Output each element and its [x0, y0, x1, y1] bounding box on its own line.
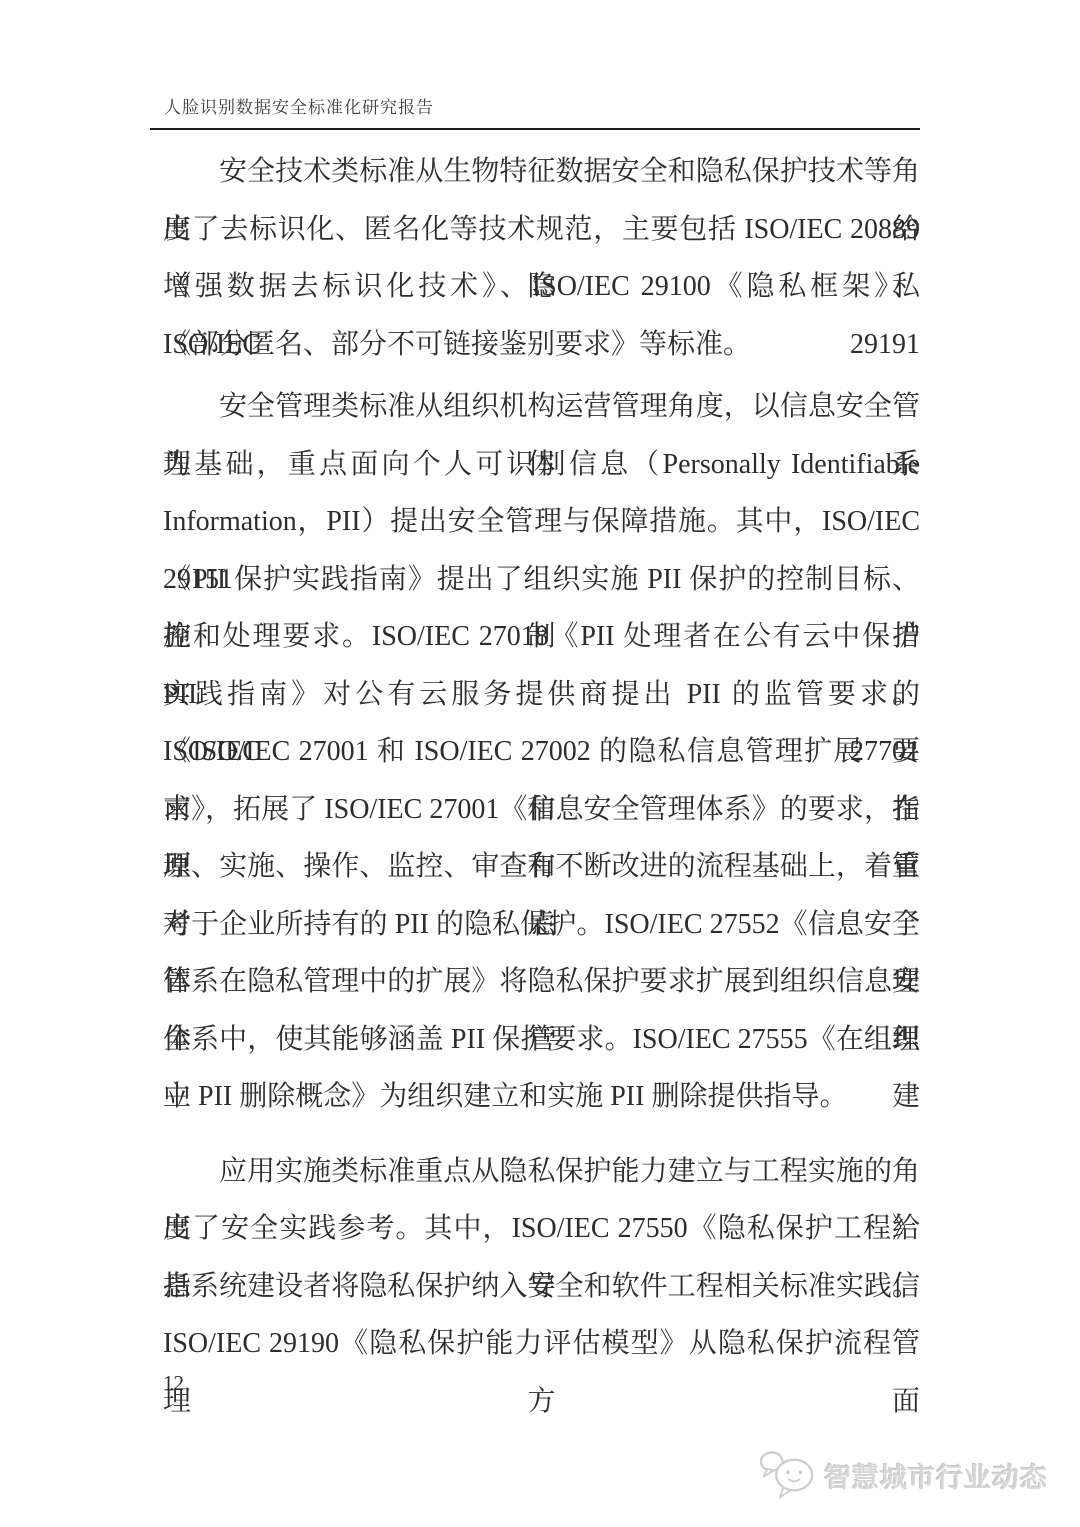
text-line: 实践指南》对公有云服务提供商提出 PII 的监管要求。ISO/IEC 27701 [163, 666, 920, 724]
text-line: 《ISO/IEC 27001 和 ISO/IEC 27002 的隐私信息管理扩展… [163, 723, 920, 781]
text-line: 增强数据去标识化技术》、ISO/IEC 29100《隐私框架》、ISO/IEC … [163, 258, 920, 316]
text-line: 南》，拓展了 ISO/IEC 27001《信息安全管理体系》的要求，在原有管 [163, 781, 920, 839]
text-line: 体系中，使其能够涵盖 PII 保护要求。ISO/IEC 27555《在组织中建 [163, 1011, 920, 1069]
text-line: 安全技术类标准从生物特征数据安全和隐私保护技术等角度给 [163, 143, 920, 201]
watermark-text: 智慧城市行业动态 [824, 1456, 1048, 1495]
watermark: 智慧城市行业动态 [758, 1448, 1048, 1502]
text-line: Information，PII）提出安全管理与保障措施。其中，ISO/IEC 2… [163, 493, 920, 551]
document-page: 人脸识别数据安全标准化研究报告 安全技术类标准从生物特征数据安全和隐私保护技术等… [0, 0, 1080, 1527]
wechat-logo-icon [758, 1448, 816, 1502]
running-header-title: 人脸识别数据安全标准化研究报告 [164, 93, 434, 118]
text-line: 理、实施、操作、监控、审查和不断改进的流程基础上，着重考虑了 [163, 838, 920, 896]
text-line: 对于企业所持有的 PII 的隐私保护。ISO/IEC 27552《信息安全管理 [163, 896, 920, 954]
text-line: 施和处理要求。ISO/IEC 27018《PII 处理者在公有云中保护 PII … [163, 608, 920, 666]
text-line: 出了安全实践参考。其中，ISO/IEC 27550《隐私保护工程》指导信 [163, 1200, 920, 1258]
paragraph: 应用实施类标准重点从隐私保护能力建立与工程实施的角度给出了安全实践参考。其中，I… [163, 1143, 920, 1373]
text-line: 息系统建设者将隐私保护纳入安全和软件工程相关标准实践。 [163, 1258, 920, 1316]
text-line: ISO/IEC 29190《隐私保护能力评估模型》从隐私保护流程管理方面 [163, 1315, 920, 1373]
header-rule [150, 128, 920, 130]
text-line: 应用实施类标准重点从隐私保护能力建立与工程实施的角度给 [163, 1143, 920, 1201]
paragraph: 安全管理类标准从组织机构运营管理角度，以信息安全管理体系为基础，重点面向个人可识… [163, 378, 920, 1126]
document-body: 安全技术类标准从生物特征数据安全和隐私保护技术等角度给出了去标识化、匿名化等技术… [163, 143, 920, 1373]
text-line: 为基础，重点面向个人可识别信息（Personally Identifiable [163, 436, 920, 494]
text-line: 体系在隐私管理中的扩展》将隐私保护要求扩展到组织信息安全管理 [163, 953, 920, 1011]
paragraph: 安全技术类标准从生物特征数据安全和隐私保护技术等角度给出了去标识化、匿名化等技术… [163, 143, 920, 373]
text-line: 出了去标识化、匿名化等技术规范，主要包括 ISO/IEC 20889《隐私 [163, 201, 920, 259]
text-line: 立 PII 删除概念》为组织建立和实施 PII 删除提供指导。 [163, 1068, 920, 1126]
text-line: 安全管理类标准从组织机构运营管理角度，以信息安全管理体系 [163, 378, 920, 436]
text-line: 《PII 保护实践指南》提出了组织实施 PII 保护的控制目标、控制措 [163, 551, 920, 609]
page-number: 12 [163, 1371, 184, 1396]
